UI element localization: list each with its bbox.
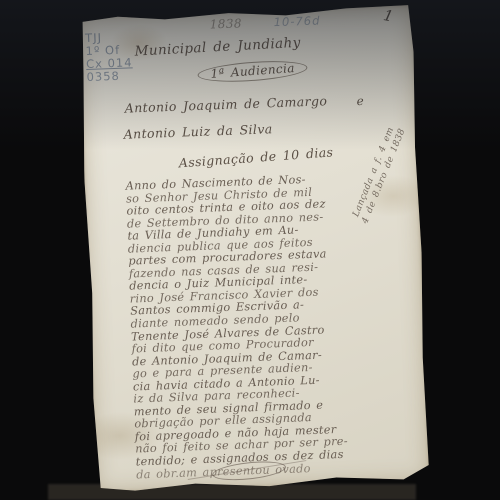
action-title: Assignação de 10 dias: [178, 144, 334, 170]
court-heading: Municipal de Jundiahy: [134, 35, 301, 60]
body-text: Anno do Nascimento de Nos- so Senhor Jes…: [125, 171, 394, 481]
plaintiff-name: Antonio Joaquim de Camargo: [124, 93, 327, 115]
versus-connector: e: [356, 94, 364, 108]
page-number: 1: [382, 6, 395, 26]
circled-term: 1ª Audiencia: [197, 58, 308, 85]
pencil-ref-annotation: 10-76d: [273, 13, 320, 29]
defendant-name: Antonio Luiz da Silva: [123, 121, 272, 141]
photo-backdrop: TJJ 1º Of Cx 014 0358 1838 10-76d 1 Muni…: [0, 0, 500, 500]
archival-marks: TJJ 1º Of Cx 014 0358: [85, 30, 133, 84]
year-annotation: 1838: [209, 16, 242, 31]
archival-mark-line: 0358: [86, 69, 133, 84]
audiencia-term: 1ª Audiencia: [197, 60, 308, 83]
manuscript-page: TJJ 1º Of Cx 014 0358 1838 10-76d 1 Muni…: [77, 4, 430, 494]
